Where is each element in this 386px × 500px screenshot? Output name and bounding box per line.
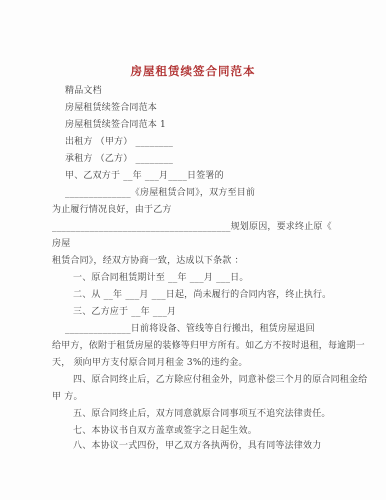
document-line: 甲 方。 (52, 389, 376, 406)
document-page: 房屋租赁续签合同范本 精品文档 房屋租赁续签合同范本 房屋租赁续签合同范本 1 … (0, 0, 386, 500)
document-line: 房屋租赁续签合同范本 (52, 100, 376, 117)
document-line: 房屋租赁续签合同范本 1 (52, 117, 376, 134)
document-line: 天， 须向甲方支付原合同月租金 3%的违约金。 (52, 355, 376, 372)
document-line: 二、从 __年 ___月 ___日起，尚未履行的合同内容，终止执行。 (52, 287, 376, 304)
document-line: 三、乙方应于 __年 ___月 (52, 304, 376, 321)
document-line: 为止履行情况良好，由于乙方 (52, 202, 376, 219)
document-line: ______________日前将设备、管线等自行搬出，租赁房屋退回 (52, 321, 376, 338)
document-line: ______________________________________规划… (52, 219, 376, 236)
document-line: ______________《房屋租赁合同》，双方至目前 (52, 185, 376, 202)
document-line: 给甲方，依附于租赁房屋的装修等归甲方所有。如乙方不按时退租，每逾期一 (52, 338, 376, 355)
document-title: 房屋租赁续签合同范本 (0, 64, 386, 79)
document-body: 精品文档 房屋租赁续签合同范本 房屋租赁续签合同范本 1 出租方 （甲方） __… (0, 83, 386, 452)
document-line: 租赁合同》，经双方协商一致，达成以下条款 ： (52, 253, 376, 270)
document-line: 出租方 （甲方） ________ (52, 134, 376, 151)
document-line: 承租方 （乙方） ________ (52, 151, 376, 168)
document-line: 房屋 (52, 236, 376, 253)
document-line: 精品文档 (52, 83, 376, 100)
document-line: 八、本协议一式四份，甲乙双方各执两份，具有同等法律效力 (52, 440, 376, 452)
document-line: 七、本协议书自双方盖章或签字之日起生效。 (52, 423, 376, 440)
document-line: 四、原合同终止后，乙方除应付租金外，同意补偿三个月的原合同租金给 (52, 372, 376, 389)
document-line: 五、原合同终止后，双方同意就原合同事项互不追究法律责任。 (52, 406, 376, 423)
document-line: 甲、乙双方于 __年 ___月____日签署的 (52, 168, 376, 185)
document-line: 一、原合同租赁期计至 __年 ___月 ___日。 (52, 270, 376, 287)
